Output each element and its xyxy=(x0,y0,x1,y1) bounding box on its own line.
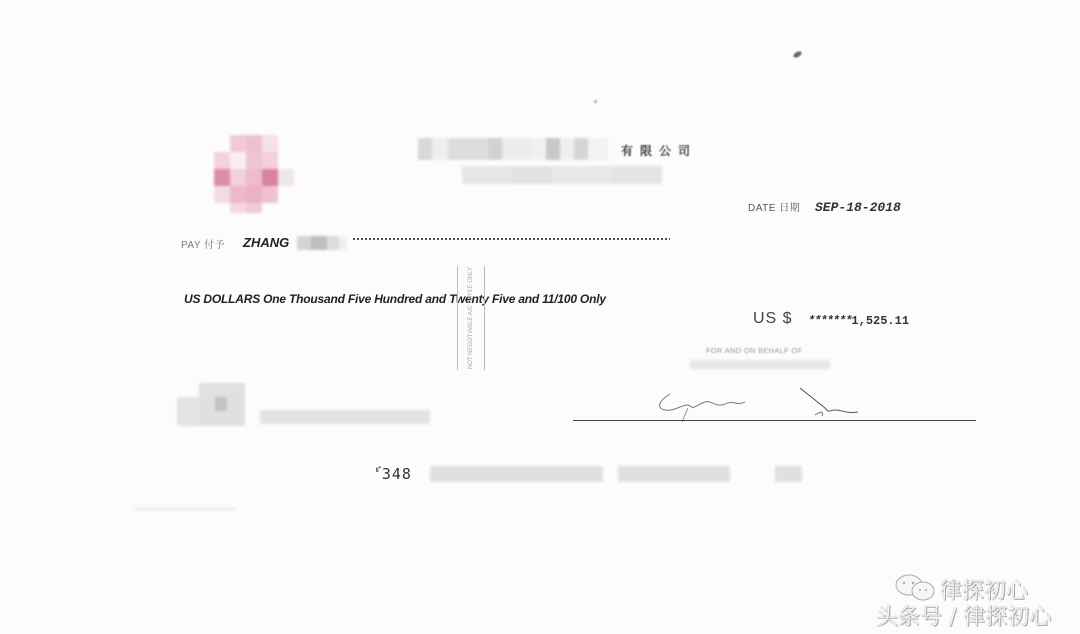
date-label: DATE 日期 xyxy=(748,199,800,214)
wechat-icon xyxy=(893,573,939,603)
micr-redacted xyxy=(775,466,802,482)
behalf-name-redacted xyxy=(690,360,830,369)
signature xyxy=(650,380,870,425)
company-name-redacted xyxy=(418,138,608,160)
company-logo xyxy=(214,135,294,215)
payee-name: ZHANG xyxy=(243,235,289,250)
amount-numeric: *******1,525.11 xyxy=(808,314,909,328)
crossing-stamp: NOT NEGOTIABLE A/C PAYEE ONLY xyxy=(457,266,485,370)
micr-redacted xyxy=(618,466,730,482)
behalf-label: FOR AND ON BEHALF OF xyxy=(706,346,802,355)
ink-speck xyxy=(792,50,802,59)
payee-name-redacted xyxy=(297,236,347,250)
pay-line-filler xyxy=(352,236,670,242)
micr-line: ⑈348 xyxy=(376,465,412,483)
bank-name-redacted xyxy=(260,410,430,424)
amount-in-words: US DOLLARS One Thousand Five Hundred and… xyxy=(184,292,606,306)
ink-speck xyxy=(594,100,597,103)
micr-redacted xyxy=(430,466,603,482)
paper-edge xyxy=(135,508,235,510)
company-suffix: 有限公司 xyxy=(621,142,697,159)
pay-label: PAY 付予 xyxy=(181,236,225,251)
bank-logo-redacted xyxy=(177,383,245,426)
signature-line xyxy=(573,420,976,421)
currency-label: US $ xyxy=(753,310,793,328)
watermark-subtitle: 头条号 / 律探初心 xyxy=(876,600,1051,631)
crossing-stamp-text: NOT NEGOTIABLE A/C PAYEE ONLY xyxy=(467,267,475,369)
amount-value: 1,525.11 xyxy=(851,314,909,328)
company-name-en-redacted xyxy=(462,166,662,184)
amount-stars: ******* xyxy=(808,314,851,328)
micr-digits: 348 xyxy=(382,465,412,483)
date-value: SEP-18-2018 xyxy=(815,200,901,215)
